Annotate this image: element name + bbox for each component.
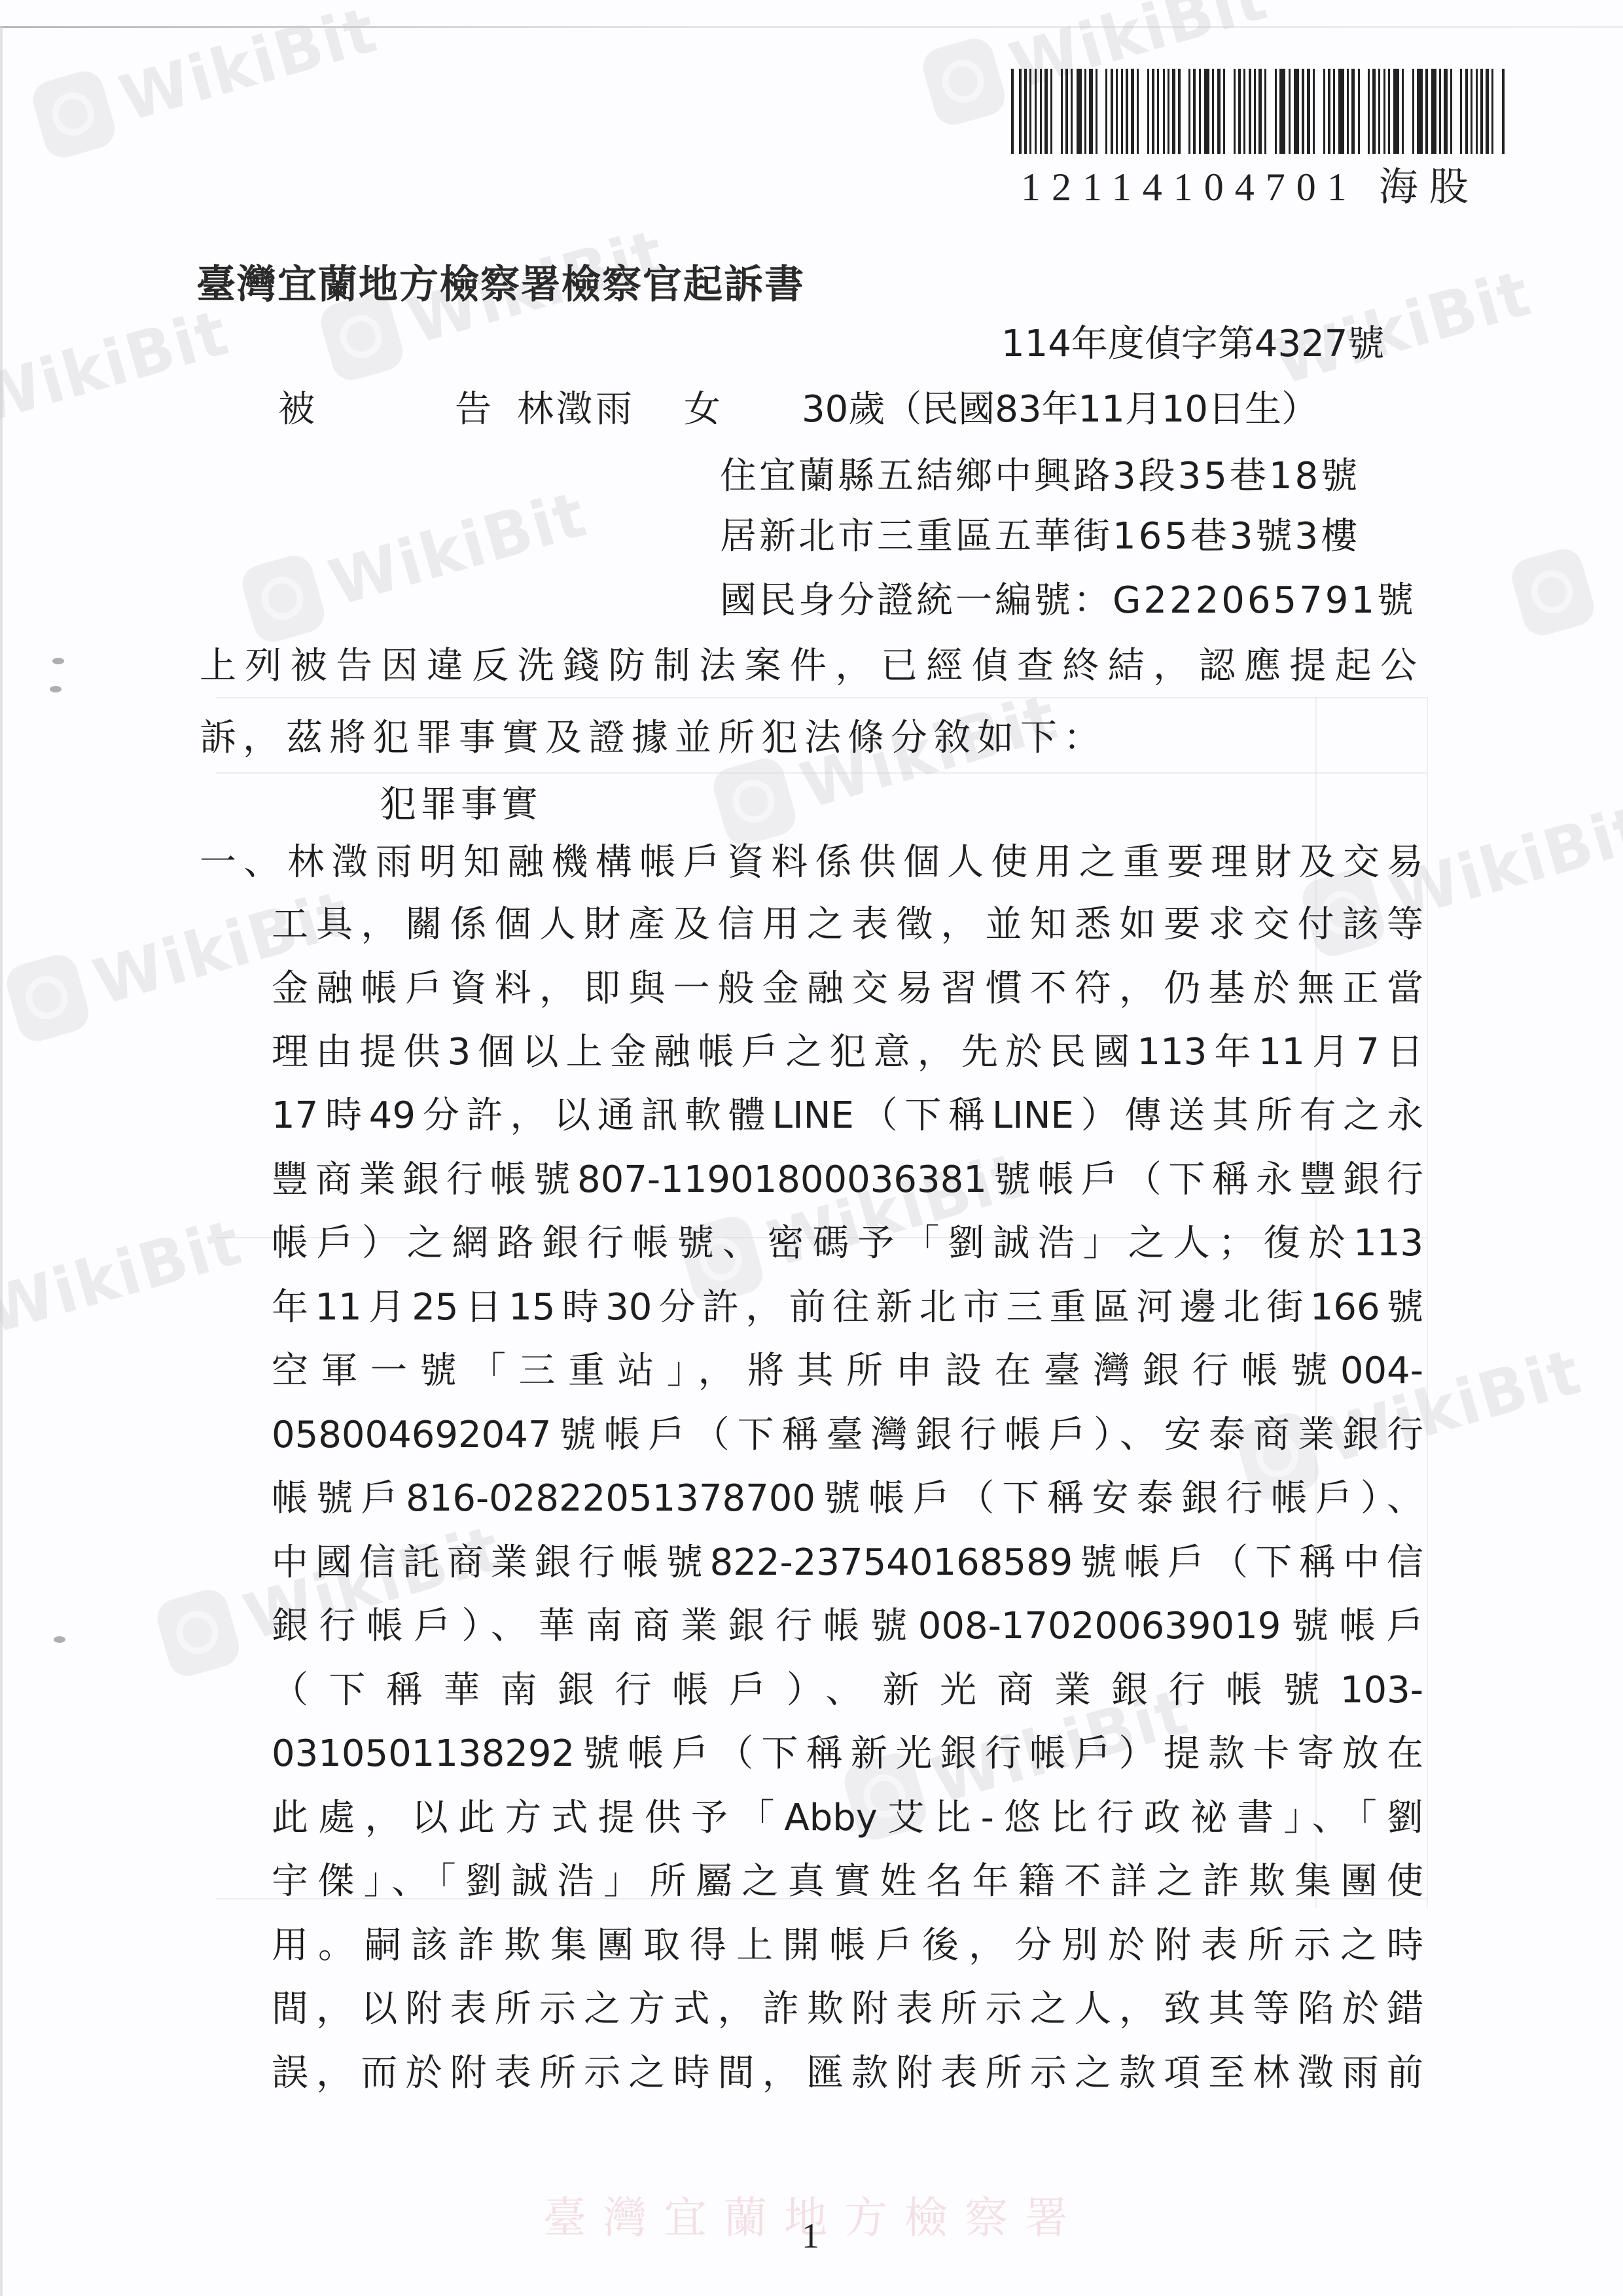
scan-edge-left <box>0 26 3 2296</box>
document-title: 臺灣宜蘭地方檢察署檢察官起訴書 <box>196 265 805 304</box>
facts-line: 帳戶）之網路銀行帳號、密碼予「劉誠浩」之人；復於113 <box>272 1225 1423 1262</box>
barcode-bar <box>1199 69 1201 154</box>
barcode-bar <box>1077 69 1082 154</box>
barcode-bar <box>1137 69 1139 154</box>
barcode-bar <box>1238 69 1241 154</box>
barcode-bar <box>1168 69 1169 154</box>
barcode-bar <box>1471 69 1472 154</box>
barcode-bar <box>1275 69 1277 154</box>
facts-line: 0310501138292號帳戶（下稱新光銀行帳戶）提款卡寄放在 <box>272 1736 1423 1772</box>
bleed-through-line <box>1427 697 1428 1908</box>
barcode-bar <box>1024 69 1027 154</box>
watermark: WikiBit <box>28 0 385 162</box>
barcode-bar <box>1126 69 1128 154</box>
defendant-sex: 女 <box>684 391 721 428</box>
barcode-bar <box>1029 69 1031 154</box>
defendant-name: 林澂雨 <box>517 391 635 428</box>
facts-line: （下稱華南銀行帳戶）、新光商業銀行帳號103- <box>272 1672 1423 1709</box>
watermark-logo-icon <box>1507 545 1598 640</box>
facts-line: 058004692047號帳戶（下稱臺灣銀行帳戶）、安泰商業銀行 <box>272 1417 1423 1454</box>
barcode-bar <box>1358 69 1360 154</box>
defendant-label-1: 被 <box>278 391 315 428</box>
barcode-bar <box>1378 69 1380 154</box>
barcode-bar <box>1383 69 1385 154</box>
barcode-bar <box>1502 69 1505 154</box>
binding-hole <box>54 1636 65 1643</box>
barcode-bar <box>1116 69 1118 154</box>
intro-line: 上列被告因違反洗錢防制法案件，已經偵查終結，認應提起公 <box>200 648 1417 685</box>
barcode-bar <box>1204 69 1209 154</box>
barcode-bar <box>1019 69 1021 154</box>
watermark-logo-icon <box>918 34 1009 130</box>
barcode-bar <box>1040 69 1042 154</box>
barcode-caption: 12114104701 海股 <box>1021 156 1480 212</box>
barcode-bar <box>1338 69 1344 154</box>
defendant-age-birth: 30歲（民國83年11月10日生） <box>802 391 1318 428</box>
intro-line: 訴，茲將犯罪事實及證據並所犯法條分敘如下： <box>200 720 1107 757</box>
watermark-logo-icon <box>709 754 800 850</box>
barcode-bar <box>1065 69 1068 154</box>
facts-line: 銀行帳戶）、華南商業銀行帳號008-170200639019號帳戶 <box>272 1608 1423 1645</box>
barcode-bar <box>1279 69 1285 154</box>
page-number: 1 <box>802 2215 819 2256</box>
barcode-bar <box>1258 69 1262 154</box>
barcode-bar <box>1347 69 1349 154</box>
facts-line: 17時49分許，以通訊軟體LINE（下稱LINE）傳送其所有之永 <box>272 1098 1423 1134</box>
barcode-bar <box>1157 69 1159 154</box>
watermark-logo-icon <box>2 950 93 1046</box>
barcode-bar <box>1480 69 1482 154</box>
barcode-bar <box>1307 69 1310 154</box>
facts-line: 誤，而於附表所示之時間，匯款附表所示之款項至林澂雨前 <box>272 2055 1423 2092</box>
barcode-bar <box>1289 69 1291 154</box>
barcode-bar <box>1486 69 1489 154</box>
facts-line: 金融帳戶資料，即與一般金融交易習慣不符，仍基於無正當 <box>272 971 1423 1007</box>
barcode-bar <box>1147 69 1149 154</box>
barcode-bar <box>1333 69 1335 154</box>
barcode-bar <box>1388 69 1390 154</box>
watermark-logo-icon <box>238 551 329 647</box>
barcode-bar <box>1302 69 1304 154</box>
barcode-bar <box>1178 69 1180 154</box>
barcode-bar <box>1217 69 1221 154</box>
watermark: WikiBit <box>2 874 359 1045</box>
barcode-bar <box>1425 69 1427 154</box>
barcode-bar <box>1313 69 1315 154</box>
case-number: 114年度偵字第4327號 <box>1001 326 1384 363</box>
barcode-bar <box>1096 69 1097 154</box>
barcode-bar <box>1212 69 1214 154</box>
bleed-through-line <box>216 697 1427 698</box>
barcode-bar <box>1050 69 1052 154</box>
watermark <box>1507 545 1598 640</box>
barcode-bar <box>1105 69 1107 154</box>
barcode-bar <box>1491 69 1493 154</box>
barcode-bar <box>1234 69 1236 154</box>
watermark: WikiBit <box>238 475 595 646</box>
barcode-bar <box>1223 69 1225 154</box>
watermark: WikiBit <box>152 1509 510 1680</box>
barcode-bar <box>1460 69 1462 154</box>
barcode-bar <box>1152 69 1154 154</box>
barcode-bar <box>1368 69 1370 154</box>
section-heading: 犯罪事實 <box>380 787 542 823</box>
barcode-bar <box>1264 69 1266 154</box>
case-barcode <box>1011 69 1505 154</box>
barcode-bar <box>1328 69 1330 154</box>
barcode-bar <box>1071 69 1073 154</box>
barcode-bar <box>1035 69 1037 154</box>
barcode-bar <box>1111 69 1113 154</box>
watermark-logo-icon <box>152 1585 243 1681</box>
facts-line: 此處，以此方式提供予「Abby艾比-悠比行政祕書」、「劉 <box>272 1800 1423 1837</box>
barcode-bar <box>1372 69 1375 154</box>
barcode-bar <box>1061 69 1063 154</box>
barcode-bar <box>1044 69 1048 154</box>
barcode-bar <box>1417 69 1423 154</box>
barcode-bar <box>1131 69 1134 154</box>
watermark-logo-icon <box>28 67 119 162</box>
barcode-bar <box>1393 69 1399 154</box>
binding-hole <box>50 686 62 692</box>
defendant-id-number: 國民身分證統一編號：G222065791號 <box>720 583 1416 619</box>
binding-hole <box>52 658 64 664</box>
barcode-bar <box>1254 69 1256 154</box>
watermark: WikiBit <box>0 295 236 438</box>
facts-line: 間，以附表所示之方式，詐欺附表所示之人，致其等陷於錯 <box>272 1991 1423 2028</box>
barcode-bar <box>1294 69 1299 154</box>
facts-line: 宇傑」、「劉誠浩」所屬之真實姓名年籍不詳之詐欺集團使 <box>272 1863 1423 1900</box>
scan-edge-top <box>0 26 1623 28</box>
barcode-bar <box>1243 69 1245 154</box>
facts-line: 年11月25日15時30分許，前往新北市三重區河邊北街166號 <box>272 1289 1423 1326</box>
barcode-bar <box>1450 69 1452 154</box>
facts-line: 用。嗣該詐欺集團取得上開帳戶後，分別於附表所示之時 <box>272 1928 1423 1964</box>
watermark: WikiBit <box>709 677 1066 849</box>
barcode-bar <box>1249 69 1251 154</box>
facts-line: 理由提供3個以上金融帳戶之犯意，先於民國113年11月7日 <box>272 1034 1423 1071</box>
facts-line: 一、林澂雨明知融機構帳戶資料係供個人使用之重要理財及交易 <box>200 844 1423 881</box>
defendant-dwelling: 居新北市三重區五華街165巷3號3樓 <box>720 518 1360 555</box>
defendant-label-2: 告 <box>455 391 491 428</box>
barcode-bar <box>1444 69 1447 154</box>
barcode-bar <box>1011 69 1014 154</box>
barcode-bar <box>1121 69 1123 154</box>
barcode-bar <box>1089 69 1092 154</box>
barcode-bar <box>1323 69 1325 154</box>
barcode-bar <box>1163 69 1165 154</box>
bleed-through-line <box>216 772 1427 774</box>
barcode-bar <box>1412 69 1414 154</box>
barcode-bar <box>1188 69 1190 154</box>
defendant-residence: 住宜蘭縣五結鄉中興路3段35巷18號 <box>720 458 1360 495</box>
barcode-bar <box>1402 69 1404 154</box>
barcode-bar <box>1193 69 1196 154</box>
barcode-bar <box>1351 69 1355 154</box>
barcode-bar <box>1431 69 1436 154</box>
facts-line: 帳號戶816-02822051378700號帳戶（下稱安泰銀行帳戶）、 <box>272 1480 1423 1517</box>
facts-line: 空軍一號「三重站」，將其所申設在臺灣銀行帳號004- <box>272 1353 1423 1390</box>
facts-line: 豐商業銀行帳號807-11901800036381號帳戶（下稱永豐銀行 <box>272 1162 1423 1198</box>
barcode-bar <box>1465 69 1468 154</box>
barcode-bar <box>1439 69 1441 154</box>
facts-line: 工具，關係個人財產及信用之表徵，並知悉如要求交付該等 <box>272 906 1423 943</box>
barcode-bar <box>1172 69 1175 154</box>
facts-line: 中國信託商業銀行帳號822-237540168589號帳戶（下稱中信 <box>272 1545 1423 1581</box>
barcode-bar <box>1476 69 1478 154</box>
watermark: WikiBit <box>0 1205 249 1348</box>
barcode-bar <box>1084 69 1086 154</box>
